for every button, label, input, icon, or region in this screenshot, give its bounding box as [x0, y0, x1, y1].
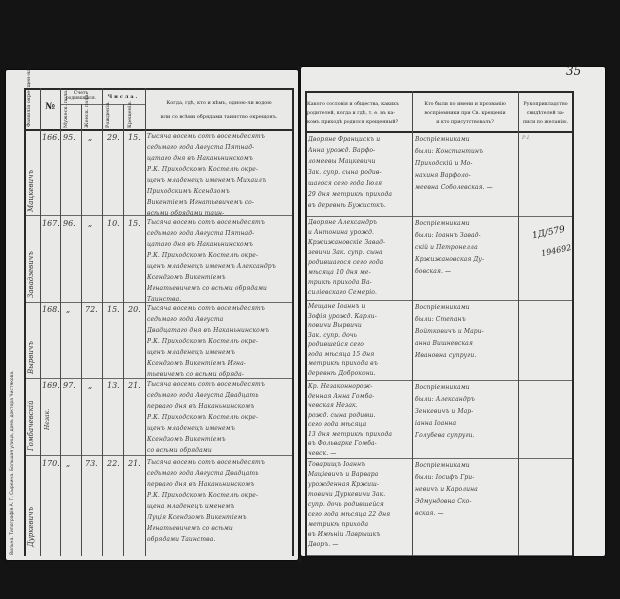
- page-number: 35: [566, 64, 581, 78]
- birth-cell: 15.: [107, 305, 120, 314]
- surname-cell: Вырвичъ: [27, 306, 35, 374]
- baptism-cell: 20.: [128, 305, 141, 314]
- female-cell: 73.: [85, 459, 98, 468]
- header-male: Мужеск. пола.: [63, 106, 77, 128]
- parents-cell: Дворяне Александръи Антонина урожд.Кржиж…: [308, 218, 411, 300]
- header-surname: Фамилія окре- щен-наго: [26, 91, 38, 127]
- birth-cell: 29.: [107, 133, 120, 142]
- male-cell: 97.: [63, 381, 76, 390]
- surname-cell: Мацкевичъ: [27, 140, 35, 212]
- baptism-record-text: Тысяча восемь сотъ восемьдесятъседьмаго …: [147, 217, 291, 301]
- godparents-cell: Воспріемникамибыли: СтепанъВойтковичъ и …: [415, 302, 517, 378]
- number-cell: 168.: [42, 305, 60, 314]
- surname-cell: Завадзевичъ: [27, 222, 35, 298]
- male-cell: 95.: [63, 133, 76, 142]
- baptism-cell: 15.: [128, 219, 141, 228]
- baptism-record-text: Тысяча восемь сотъ восемьдесятъседьмаго …: [147, 379, 291, 455]
- parents-cell: Товарищъ ІоаннъМаціевичъ и Варвараурожде…: [308, 460, 411, 552]
- printer-imprint: Вильна. Типографія А. Г. Сыркина. Больша…: [10, 300, 18, 555]
- female-cell: „: [88, 381, 92, 390]
- baptism-record-text: Тысяча восемь сотъ восемьдесятъседьмаго …: [147, 457, 291, 547]
- header-number: №: [40, 104, 60, 111]
- header-birth: Рожденія.: [105, 106, 119, 128]
- birth-cell: 13.: [107, 381, 120, 390]
- surname-cell: Дуркевичъ: [27, 462, 35, 547]
- baptism-cell: 15.: [128, 133, 141, 142]
- legitimacy-note: Незак.: [44, 400, 51, 430]
- female-cell: 72.: [85, 305, 98, 314]
- baptism-record-text: Тысяча восемь сотъ восемьдесятъседьмаго …: [147, 303, 291, 378]
- number-cell: 170.: [42, 459, 60, 468]
- parents-cell: Мещане Іоаннъ иЗофія урожд. Карли-повичи…: [308, 302, 411, 380]
- number-cell: 166.: [42, 133, 60, 142]
- signature-cell: Р.І.: [522, 135, 531, 141]
- female-cell: „: [88, 133, 92, 142]
- header-witness-signature: Рукоприкладство свидѣтелей за- писи по ж…: [519, 100, 572, 127]
- header-godparents: Кто были по имени и прозванію воспріемни…: [413, 100, 517, 127]
- birth-cell: 10.: [107, 219, 120, 228]
- baptism-cell: 21.: [128, 459, 141, 468]
- number-cell: 167.: [42, 219, 60, 228]
- godparents-cell: Воспріемникамибыли: Іоаннъ Завад-скій и …: [415, 218, 517, 298]
- baptism-record-text: Тысяча восемь сотъ восемьдесятъседьмаго …: [147, 131, 291, 215]
- header-parents: Какого сословія и общества, какихъ родит…: [307, 100, 411, 127]
- parents-cell: Дворяне Францискъ иАнна урожд. Варфо-лом…: [308, 134, 411, 214]
- header-baptism: Крещенія.: [127, 106, 141, 128]
- surname-cell: Гомбачевскій: [27, 385, 35, 451]
- number-cell: 169.: [42, 381, 60, 390]
- header-dates: Числа.: [102, 94, 145, 101]
- parents-cell: Кр. Незаконнорож-денная Анна Гомба-чевск…: [308, 382, 411, 458]
- birth-cell: 22.: [107, 459, 120, 468]
- godparents-cell: Воспріемникамибыли: АлександръЗенкевичъ …: [415, 382, 517, 458]
- godparents-cell: Воспріемникамибыли: Іосифъ Гри-невичъ и …: [415, 460, 517, 530]
- male-cell: 96.: [63, 219, 76, 228]
- baptism-cell: 21.: [128, 381, 141, 390]
- male-cell: „: [66, 305, 70, 314]
- female-cell: „: [88, 219, 92, 228]
- header-female: Женск. пола.: [84, 106, 98, 128]
- godparents-cell: Воспріемникамибыли: КонстантинъПриходскі…: [415, 134, 517, 214]
- header-main: Когда, гдѣ, кто и кѣмъ, одною-ли водою и…: [148, 96, 290, 124]
- male-cell: „: [66, 459, 70, 468]
